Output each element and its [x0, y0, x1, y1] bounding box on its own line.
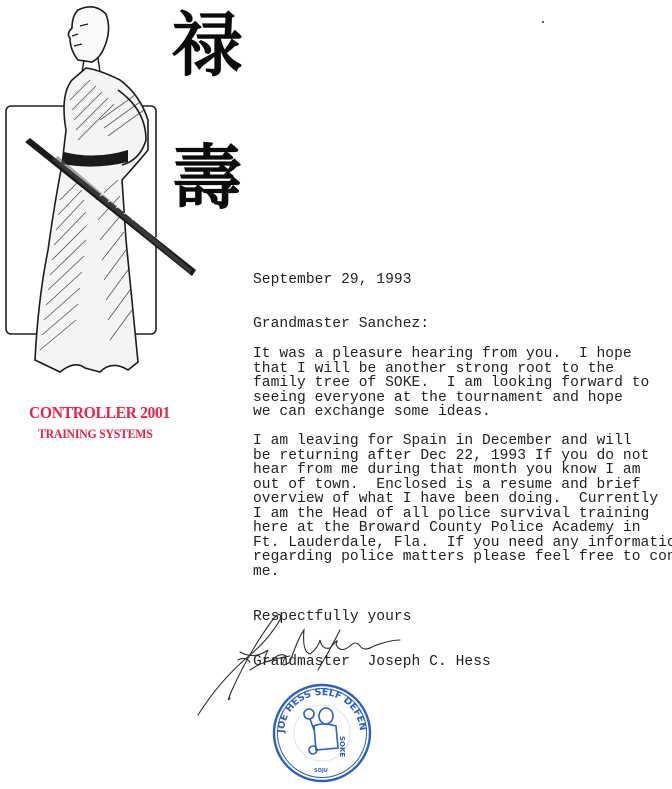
paragraph-line: we can exchange some ideas. [253, 405, 491, 420]
paragraph-line: family tree of SOKE. I am looking forwar… [253, 376, 649, 391]
seal-stamp: JOE HESS SELF DEFENSE SYSTEMS SOJU SOKE [270, 682, 374, 784]
paragraph-line: I am the Head of all police survival tra… [253, 507, 649, 522]
paragraph-line: overview of what I have been doing. Curr… [253, 492, 658, 507]
paragraph-line: It was a pleasure hearing from you. I ho… [253, 347, 632, 362]
paragraph-line: regarding police matters please feel fre… [253, 550, 672, 565]
kanji-character-2: 壽 [172, 143, 242, 213]
paragraph-line: me. [253, 565, 279, 580]
kanji-character-1: 禄 [172, 10, 242, 80]
stamp-inner-text: SOKE [338, 736, 346, 757]
paragraph-line: hear from me during that month you know … [253, 463, 641, 478]
brand-tagline: TRAINING SYSTEMS [38, 427, 153, 442]
paragraph-line: Ft. Lauderdale, Fla. If you need any inf… [253, 536, 672, 551]
paragraph-line: be returning after Dec 22, 1993 If you d… [253, 449, 649, 464]
paper-speck [542, 21, 544, 23]
letter-salutation: Grandmaster Sanchez: [253, 317, 429, 332]
paragraph-line: that I will be another strong root to th… [253, 362, 614, 377]
brand-name: CONTROLLER 2001 [29, 403, 170, 423]
stamp-bottom-text: SOJU [314, 768, 328, 774]
paragraph-line: seeing everyone at the tournament and ho… [253, 391, 623, 406]
stamp-outer-text: JOE HESS SELF DEFENSE SYSTEMS [270, 682, 368, 734]
paragraph-line: here at the Broward County Police Academ… [253, 521, 641, 536]
samurai-illustration [0, 0, 200, 385]
fighter-figure-icon [304, 708, 338, 754]
paragraph-line: I am leaving for Spain in December and w… [253, 434, 632, 449]
paragraph-line: out of town. Enclosed is a resume and br… [253, 478, 641, 493]
letter-date: September 29, 1993 [253, 273, 412, 288]
